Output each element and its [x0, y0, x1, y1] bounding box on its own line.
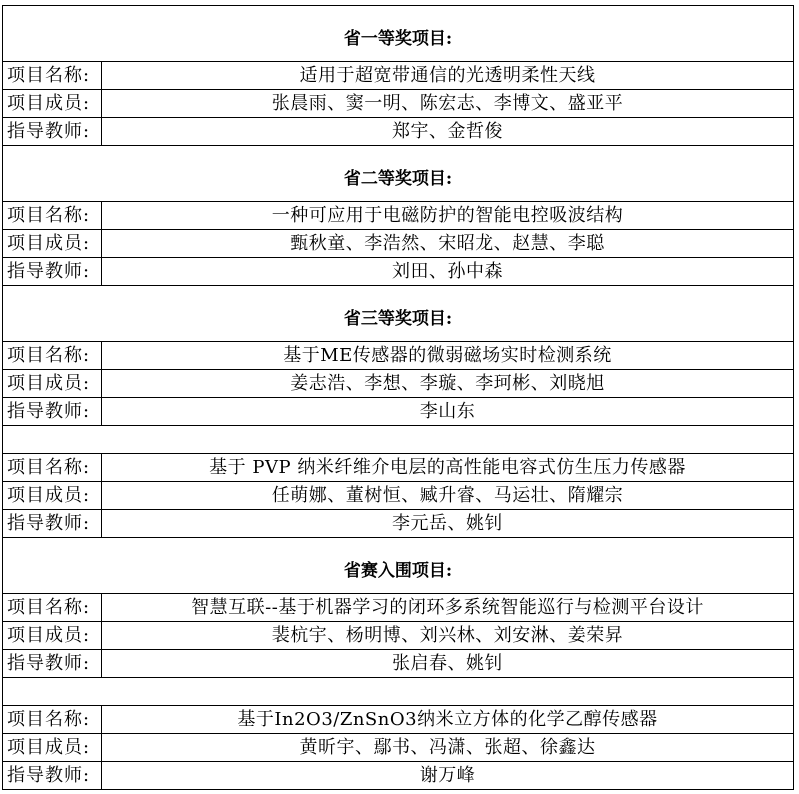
field-label: 项目名称: — [3, 454, 102, 482]
project-name: 基于In2O3/ZnSnO3纳米立方体的化学乙醇传感器 — [102, 706, 794, 734]
field-label: 项目成员: — [3, 622, 102, 650]
project-members-row: 项目成员: 张晨雨、窦一明、陈宏志、李博文、盛亚平 — [3, 90, 794, 118]
field-label: 指导教师: — [3, 398, 102, 426]
field-label: 项目名称: — [3, 706, 102, 734]
project-name: 适用于超宽带通信的光透明柔性天线 — [102, 62, 794, 90]
field-label: 指导教师: — [3, 762, 102, 790]
project-name: 智慧互联--基于机器学习的闭环多系统智能巡行与检测平台设计 — [102, 594, 794, 622]
project-advisors: 谢万峰 — [102, 762, 794, 790]
project-name-row: 项目名称: 一种可应用于电磁防护的智能电控吸波结构 — [3, 202, 794, 230]
section-title: 省二等奖项目: — [344, 169, 452, 189]
project-advisors-row: 指导教师: 谢万峰 — [3, 762, 794, 790]
section-header-row: 省三等奖项目: — [3, 286, 794, 342]
field-label: 项目成员: — [3, 230, 102, 258]
project-name: 基于ME传感器的微弱磁场实时检测系统 — [102, 342, 794, 370]
project-members: 任萌娜、董树恒、臧升睿、马运壮、隋耀宗 — [102, 482, 794, 510]
project-name-row: 项目名称: 基于In2O3/ZnSnO3纳米立方体的化学乙醇传感器 — [3, 706, 794, 734]
project-members: 裴杭宇、杨明博、刘兴林、刘安淋、姜荣昇 — [102, 622, 794, 650]
project-advisors-row: 指导教师: 郑宇、金哲俊 — [3, 118, 794, 146]
project-members-row: 项目成员: 裴杭宇、杨明博、刘兴林、刘安淋、姜荣昇 — [3, 622, 794, 650]
field-label: 项目成员: — [3, 482, 102, 510]
project-members: 黄昕宇、鄢书、冯潇、张超、徐鑫达 — [102, 734, 794, 762]
spacer-row — [3, 426, 794, 454]
field-label: 项目名称: — [3, 594, 102, 622]
project-name-row: 项目名称: 基于ME传感器的微弱磁场实时检测系统 — [3, 342, 794, 370]
project-members-row: 项目成员: 甄秋童、李浩然、宋昭龙、赵慧、李聪 — [3, 230, 794, 258]
project-advisors-row: 指导教师: 张启春、姚钊 — [3, 650, 794, 678]
field-label: 指导教师: — [3, 650, 102, 678]
project-name-row: 项目名称: 基于 PVP 纳米纤维介电层的高性能电容式仿生压力传感器 — [3, 454, 794, 482]
section-title: 省一等奖项目: — [344, 29, 452, 49]
project-members: 张晨雨、窦一明、陈宏志、李博文、盛亚平 — [102, 90, 794, 118]
field-label: 指导教师: — [3, 258, 102, 286]
awards-table: 省一等奖项目: 项目名称: 适用于超宽带通信的光透明柔性天线 项目成员: 张晨雨… — [2, 5, 794, 790]
project-advisors-row: 指导教师: 李元岳、姚钊 — [3, 510, 794, 538]
project-advisors: 张启春、姚钊 — [102, 650, 794, 678]
project-name-row: 项目名称: 智慧互联--基于机器学习的闭环多系统智能巡行与检测平台设计 — [3, 594, 794, 622]
field-label: 项目成员: — [3, 370, 102, 398]
project-members-row: 项目成员: 任萌娜、董树恒、臧升睿、马运壮、隋耀宗 — [3, 482, 794, 510]
project-members-row: 项目成员: 姜志浩、李想、李璇、李珂彬、刘晓旭 — [3, 370, 794, 398]
project-advisors: 郑宇、金哲俊 — [102, 118, 794, 146]
field-label: 项目成员: — [3, 734, 102, 762]
section-title: 省赛入围项目: — [344, 561, 452, 581]
project-advisors: 李元岳、姚钊 — [102, 510, 794, 538]
section-title: 省三等奖项目: — [344, 309, 452, 329]
section-header-row: 省二等奖项目: — [3, 146, 794, 202]
project-advisors: 刘田、孙中森 — [102, 258, 794, 286]
field-label: 指导教师: — [3, 118, 102, 146]
spacer-row — [3, 678, 794, 706]
project-name-row: 项目名称: 适用于超宽带通信的光透明柔性天线 — [3, 62, 794, 90]
project-members-row: 项目成员: 黄昕宇、鄢书、冯潇、张超、徐鑫达 — [3, 734, 794, 762]
section-header-row: 省一等奖项目: — [3, 6, 794, 62]
field-label: 项目成员: — [3, 90, 102, 118]
section-header-row: 省赛入围项目: — [3, 538, 794, 594]
project-advisors-row: 指导教师: 李山东 — [3, 398, 794, 426]
project-members: 甄秋童、李浩然、宋昭龙、赵慧、李聪 — [102, 230, 794, 258]
project-name: 一种可应用于电磁防护的智能电控吸波结构 — [102, 202, 794, 230]
project-members: 姜志浩、李想、李璇、李珂彬、刘晓旭 — [102, 370, 794, 398]
field-label: 项目名称: — [3, 342, 102, 370]
project-advisors-row: 指导教师: 刘田、孙中森 — [3, 258, 794, 286]
project-name: 基于 PVP 纳米纤维介电层的高性能电容式仿生压力传感器 — [102, 454, 794, 482]
field-label: 项目名称: — [3, 202, 102, 230]
field-label: 指导教师: — [3, 510, 102, 538]
project-advisors: 李山东 — [102, 398, 794, 426]
field-label: 项目名称: — [3, 62, 102, 90]
